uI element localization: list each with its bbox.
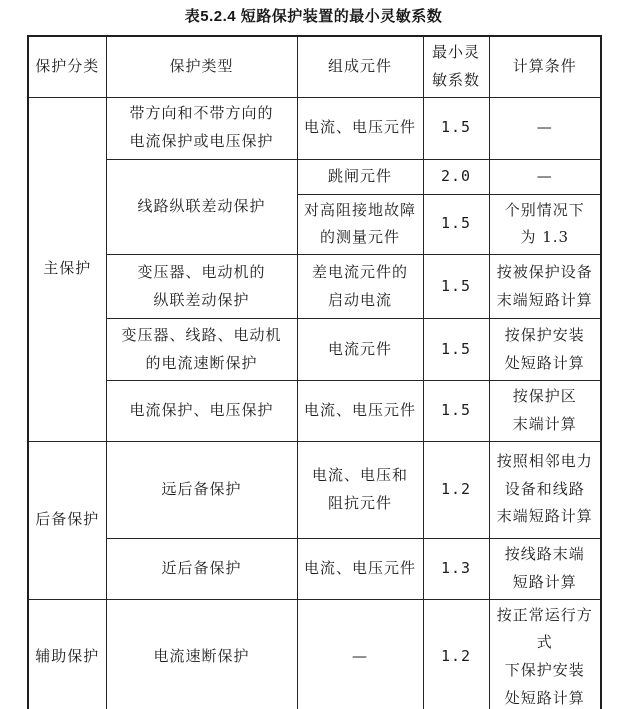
coefficient-cell: 1.3 xyxy=(423,538,489,599)
header-components: 组成元件 xyxy=(297,36,423,97)
coefficient-cell: 1.5 xyxy=(423,97,489,159)
table-row: 线路纵联差动保护 跳闸元件 2.0 — xyxy=(28,159,601,194)
table-row: 近后备保护 电流、电压元件 1.3 按线路末端 短路计算 xyxy=(28,538,601,599)
coefficient-cell: 1.5 xyxy=(423,194,489,255)
condition-cell: 按被保护设备 末端短路计算 xyxy=(489,255,601,319)
document-page: 表5.2.4 短路保护装置的最小灵敏系数 保护分类 保护类型 组成元件 最小灵 … xyxy=(0,0,627,709)
type-cell: 带方向和不带方向的 电流保护或电压保护 xyxy=(106,97,297,159)
protection-sensitivity-table: 保护分类 保护类型 组成元件 最小灵 敏系数 计算条件 主保护 带方向和不带方向… xyxy=(27,35,602,709)
header-row: 保护分类 保护类型 组成元件 最小灵 敏系数 计算条件 xyxy=(28,36,601,97)
components-cell: 跳闸元件 xyxy=(297,159,423,194)
coefficient-cell: 1.2 xyxy=(423,599,489,709)
coefficient-cell: 1.2 xyxy=(423,441,489,538)
components-cell: 电流、电压和 阻抗元件 xyxy=(297,441,423,538)
type-cell: 变压器、线路、电动机 的电流速断保护 xyxy=(106,319,297,381)
coefficient-cell: 1.5 xyxy=(423,319,489,381)
condition-cell: 按正常运行方式 下保护安装 处短路计算 xyxy=(489,599,601,709)
table-row: 变压器、线路、电动机 的电流速断保护 电流元件 1.5 按保护安装 处短路计算 xyxy=(28,319,601,381)
table-row: 变压器、电动机的 纵联差动保护 差电流元件的 启动电流 1.5 按被保护设备 末… xyxy=(28,255,601,319)
coefficient-cell: 2.0 xyxy=(423,159,489,194)
table-row: 后备保护 远后备保护 电流、电压和 阻抗元件 1.2 按照相邻电力 设备和线路 … xyxy=(28,441,601,538)
condition-cell: 按保护区 末端计算 xyxy=(489,381,601,442)
condition-cell: — xyxy=(489,97,601,159)
header-category: 保护分类 xyxy=(28,36,106,97)
type-cell: 变压器、电动机的 纵联差动保护 xyxy=(106,255,297,319)
table-row: 主保护 带方向和不带方向的 电流保护或电压保护 电流、电压元件 1.5 — xyxy=(28,97,601,159)
header-type: 保护类型 xyxy=(106,36,297,97)
header-coefficient: 最小灵 敏系数 xyxy=(423,36,489,97)
condition-cell: — xyxy=(489,159,601,194)
type-cell: 近后备保护 xyxy=(106,538,297,599)
group-cell-main-protection: 主保护 xyxy=(28,97,106,441)
header-condition: 计算条件 xyxy=(489,36,601,97)
condition-cell: 按照相邻电力 设备和线路 末端短路计算 xyxy=(489,441,601,538)
table-row: 电流保护、电压保护 电流、电压元件 1.5 按保护区 末端计算 xyxy=(28,381,601,442)
coefficient-cell: 1.5 xyxy=(423,381,489,442)
table-title: 表5.2.4 短路保护装置的最小灵敏系数 xyxy=(0,5,627,26)
group-cell-backup-protection: 后备保护 xyxy=(28,441,106,599)
type-cell: 线路纵联差动保护 xyxy=(106,159,297,255)
table-row: 辅助保护 电流速断保护 — 1.2 按正常运行方式 下保护安装 处短路计算 xyxy=(28,599,601,709)
type-cell: 电流速断保护 xyxy=(106,599,297,709)
components-cell: 对高阻接地故障 的测量元件 xyxy=(297,194,423,255)
components-cell: — xyxy=(297,599,423,709)
condition-cell: 个别情况下 为 1.3 xyxy=(489,194,601,255)
components-cell: 电流、电压元件 xyxy=(297,538,423,599)
group-cell-auxiliary-protection: 辅助保护 xyxy=(28,599,106,709)
coefficient-cell: 1.5 xyxy=(423,255,489,319)
type-cell: 远后备保护 xyxy=(106,441,297,538)
condition-cell: 按保护安装 处短路计算 xyxy=(489,319,601,381)
components-cell: 差电流元件的 启动电流 xyxy=(297,255,423,319)
components-cell: 电流、电压元件 xyxy=(297,381,423,442)
type-cell: 电流保护、电压保护 xyxy=(106,381,297,442)
condition-cell: 按线路末端 短路计算 xyxy=(489,538,601,599)
components-cell: 电流、电压元件 xyxy=(297,97,423,159)
components-cell: 电流元件 xyxy=(297,319,423,381)
